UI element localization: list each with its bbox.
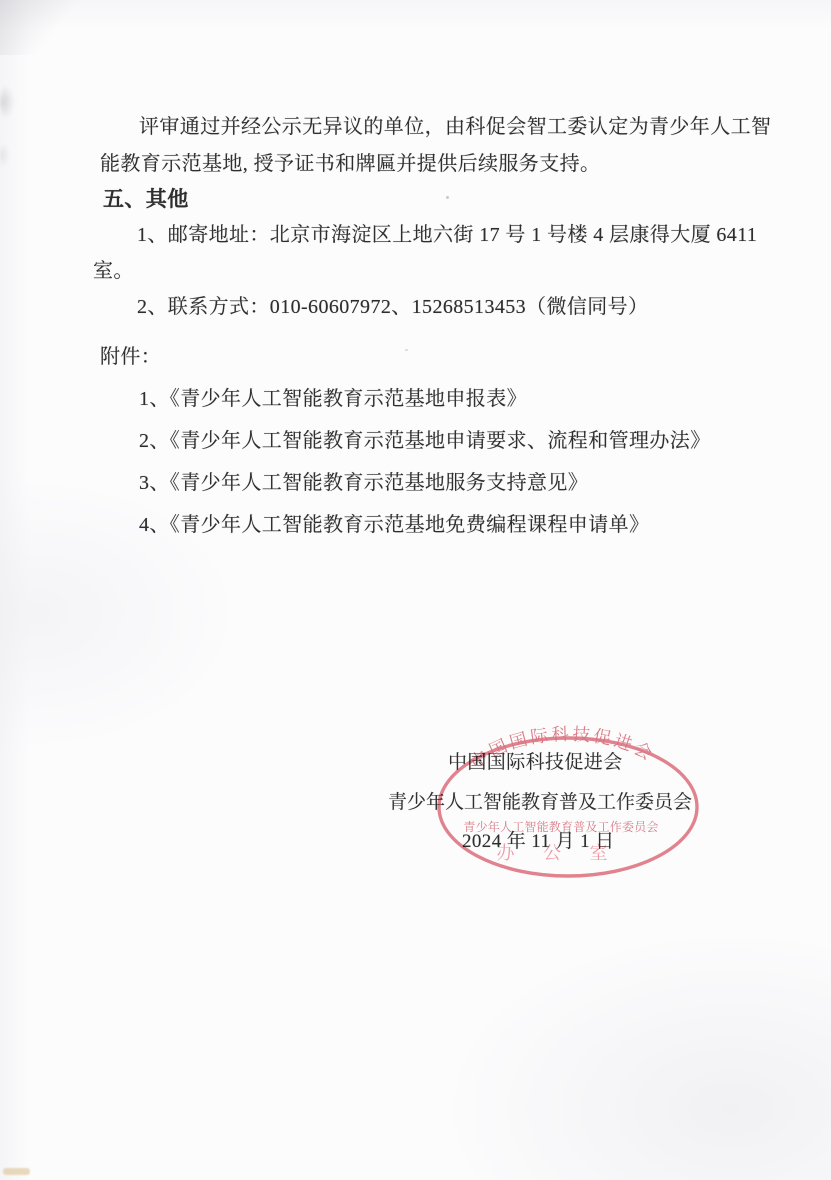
attachment-item: 3、《青少年人工智能教育示范基地服务支持意见》 <box>139 472 588 494</box>
seal-arc-text: 中国国际科技促进会 <box>466 724 658 773</box>
seal-office-text: 办 公 室 <box>497 843 620 863</box>
official-seal-stamp: 中国国际科技促进会 青少年人工智能教育普及工作委员会 办 公 室 <box>420 722 720 892</box>
attachments-label: 附件： <box>100 346 161 368</box>
mailing-address-line: 室。 <box>93 260 134 282</box>
attachment-item: 2、《青少年人工智能教育示范基地申请要求、流程和管理办法》 <box>139 430 711 452</box>
attachment-item: 4、《青少年人工智能教育示范基地免费编程课程申请单》 <box>139 514 649 536</box>
mailing-address-line: 1、邮寄地址：北京市海淀区上地六街 17 号 1 号楼 4 层康得大厦 6411 <box>137 224 757 246</box>
scan-corner-shadow <box>0 0 95 55</box>
scanned-document-page: 评审通过并经公示无异议的单位，由科促会智工委认定为青少年人工智 能教育示范基地,… <box>0 0 831 1180</box>
scan-bottom-mark <box>3 1168 30 1175</box>
contact-info-line: 2、联系方式：010-60607972、15268513453（微信同号） <box>137 296 648 318</box>
attachment-item: 1、《青少年人工智能教育示范基地申报表》 <box>139 388 527 410</box>
svg-text:中国国际科技促进会: 中国国际科技促进会 <box>466 724 658 773</box>
paragraph-line: 评审通过并经公示无异议的单位，由科促会智工委认定为青少年人工智 <box>139 116 771 138</box>
section-heading: 五、其他 <box>103 188 189 210</box>
seal-middle-text: 青少年人工智能教育普及工作委员会 <box>463 819 658 834</box>
scan-speck <box>405 349 408 351</box>
paragraph-line: 能教育示范基地, 授予证书和牌匾并提供后续服务支持。 <box>100 153 600 175</box>
scan-edge-smudge <box>0 142 10 168</box>
scan-speck <box>446 196 449 199</box>
scan-edge-smudge <box>0 84 15 120</box>
